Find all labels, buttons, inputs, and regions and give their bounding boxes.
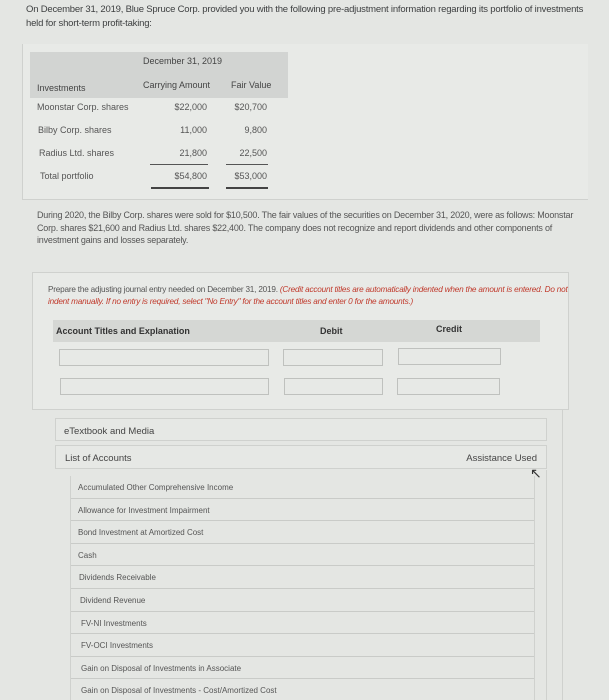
double-underline-carrying bbox=[151, 187, 209, 189]
carrying-amount: $22,000 bbox=[174, 102, 207, 112]
account-input-2[interactable] bbox=[60, 378, 269, 395]
credit-input-1[interactable] bbox=[398, 348, 501, 365]
debit-input-1[interactable] bbox=[283, 349, 383, 366]
double-underline-fair bbox=[226, 187, 268, 189]
carrying-amount: $54,800 bbox=[174, 171, 207, 181]
account-list-item[interactable]: Gain on Disposal of Investments in Assoc… bbox=[71, 657, 534, 680]
assistance-used-label: Assistance Used bbox=[466, 453, 537, 464]
account-list-item[interactable]: Accumulated Other Comprehensive Income bbox=[71, 476, 534, 499]
outer-border-right-2 bbox=[546, 470, 547, 700]
etextbook-media-bar[interactable]: eTextbook and Media bbox=[55, 418, 547, 441]
account-list-item[interactable]: Dividends Receivable bbox=[71, 566, 534, 589]
date-header: December 31, 2019 bbox=[143, 56, 222, 66]
account-list-item[interactable]: FV-OCI Investments bbox=[71, 634, 534, 657]
investment-name: Bilby Corp. shares bbox=[38, 125, 112, 135]
debit-input-2[interactable] bbox=[284, 378, 383, 395]
fair-value: $53,000 bbox=[234, 171, 267, 181]
investment-name: Moonstar Corp. shares bbox=[37, 102, 129, 112]
col-investments: Investments bbox=[37, 83, 86, 93]
etextbook-label: eTextbook and Media bbox=[64, 426, 154, 437]
account-list-item[interactable]: Allowance for Investment Impairment bbox=[71, 499, 534, 522]
fair-value: $20,700 bbox=[234, 102, 267, 112]
investment-name: Radius Ltd. shares bbox=[39, 148, 114, 158]
col-fair-value: Fair Value bbox=[231, 80, 271, 90]
scenario-text: During 2020, the Bilby Corp. shares were… bbox=[37, 209, 577, 247]
instruction-text: Prepare the adjusting journal entry need… bbox=[48, 284, 568, 307]
instruction-main: Prepare the adjusting journal entry need… bbox=[48, 285, 280, 294]
intro-text: On December 31, 2019, Blue Spruce Corp. … bbox=[26, 3, 586, 31]
account-list-item[interactable]: Dividend Revenue bbox=[71, 589, 534, 612]
account-list-item[interactable]: FV-NI Investments bbox=[71, 612, 534, 635]
header-credit: Credit bbox=[436, 324, 462, 334]
account-list-item[interactable]: Gain on Disposal of Investments - Cost/A… bbox=[71, 679, 534, 700]
fair-value: 9,800 bbox=[244, 125, 267, 135]
journal-header: Account Titles and Explanation Debit Cre… bbox=[53, 320, 540, 342]
header-account: Account Titles and Explanation bbox=[56, 326, 190, 336]
account-list-item[interactable]: Cash bbox=[71, 544, 534, 567]
investment-name: Total portfolio bbox=[40, 171, 94, 181]
carrying-amount: 21,800 bbox=[179, 148, 207, 158]
carrying-amount: 11,000 bbox=[180, 125, 207, 135]
col-carrying-amount: Carrying Amount bbox=[143, 80, 210, 90]
list-of-accounts-label: List of Accounts bbox=[65, 453, 132, 464]
outer-border-right bbox=[562, 410, 563, 700]
fair-value: 22,500 bbox=[239, 148, 267, 158]
list-of-accounts-bar[interactable]: List of Accounts Assistance Used bbox=[55, 445, 547, 469]
accounts-list: Accumulated Other Comprehensive IncomeAl… bbox=[70, 476, 535, 700]
mouse-cursor-icon: ↖ bbox=[530, 465, 542, 482]
header-debit: Debit bbox=[320, 326, 343, 336]
credit-input-2[interactable] bbox=[397, 378, 500, 395]
account-list-item[interactable]: Bond Investment at Amortized Cost bbox=[71, 521, 534, 544]
underline-fair bbox=[226, 164, 268, 165]
account-input-1[interactable] bbox=[59, 349, 269, 366]
underline-carrying bbox=[150, 164, 208, 165]
